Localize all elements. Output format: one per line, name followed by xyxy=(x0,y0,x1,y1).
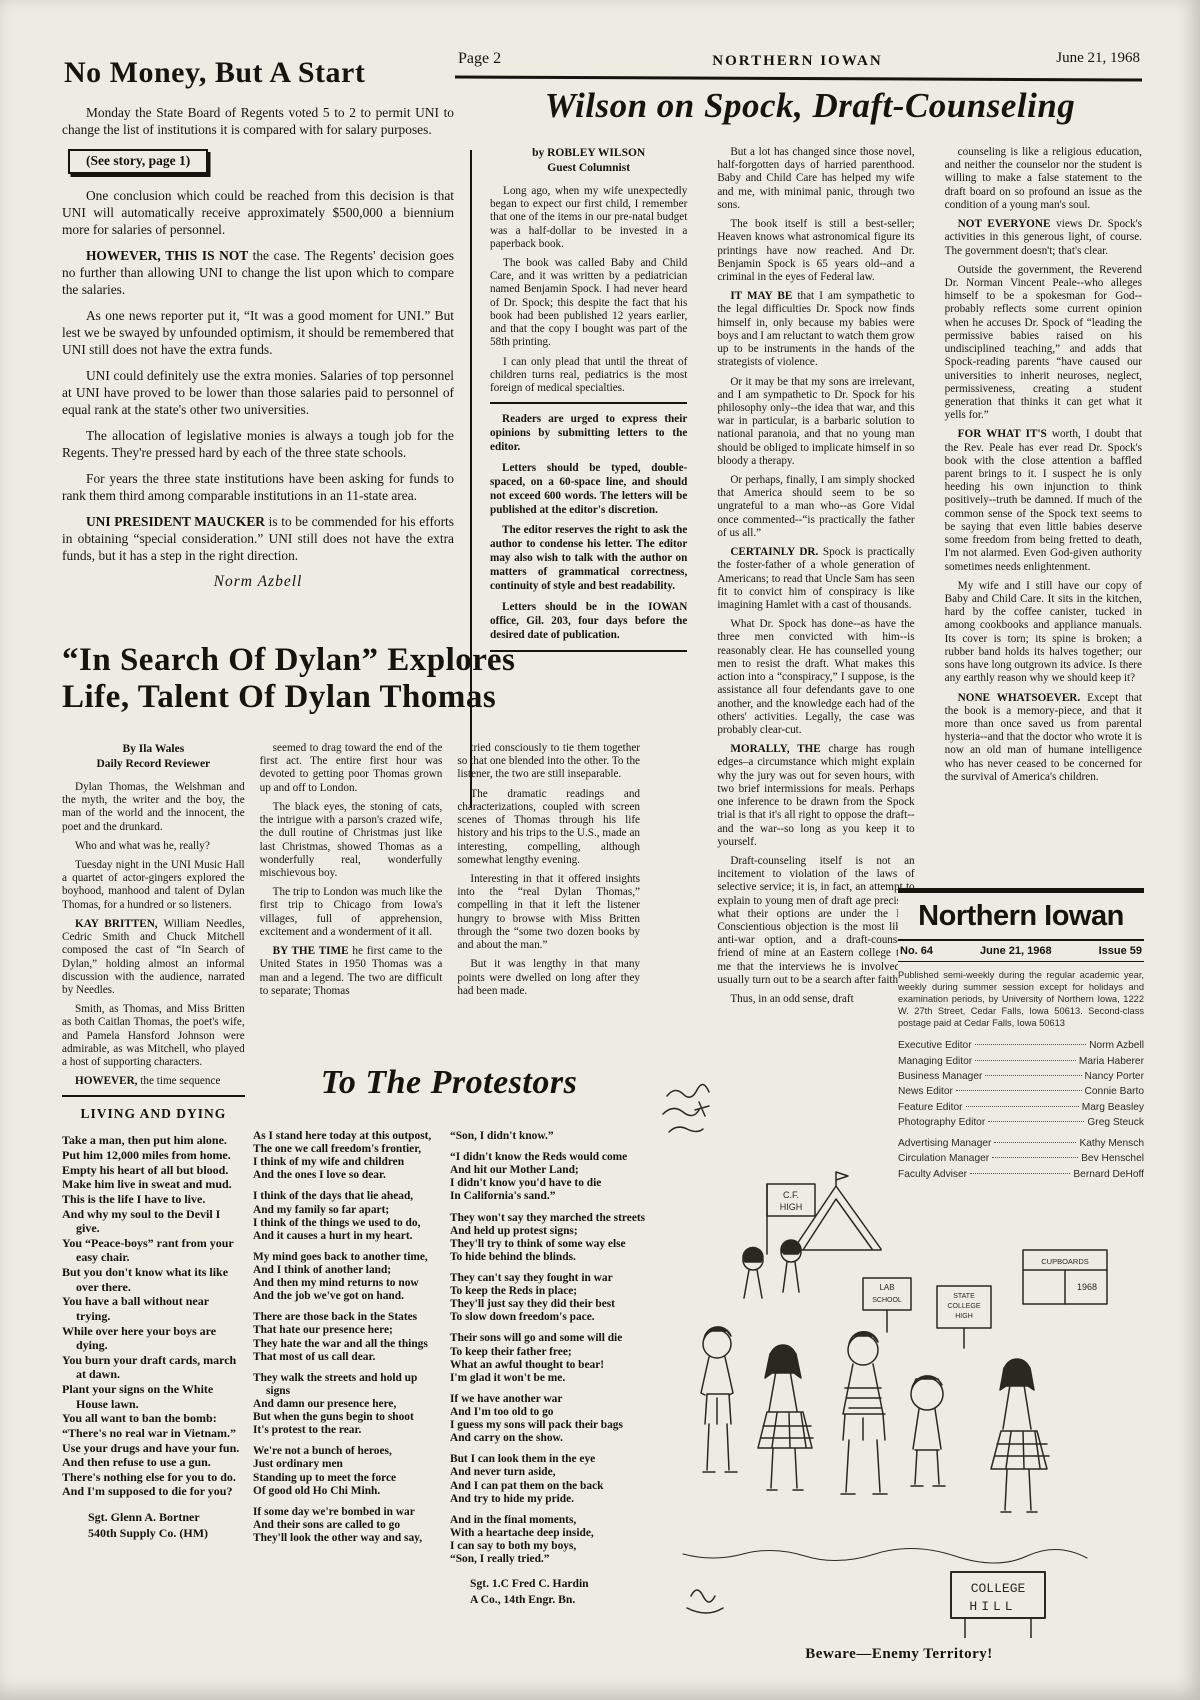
poem-line: But I can look them in the eye xyxy=(450,1453,646,1466)
editorial-paragraph: For years the three state institutions h… xyxy=(62,470,454,504)
wilson-col2-paragraphs: But a lot has changed since those novel,… xyxy=(717,146,914,1006)
poem-line: And it causes a hurt in my heart. xyxy=(253,1230,441,1243)
staff-role: Photography Editor xyxy=(898,1115,985,1130)
staff-row: Managing Editor Maria Haberer xyxy=(898,1054,1144,1069)
poem-stanza: But I can look them in the eyeAnd never … xyxy=(450,1453,646,1505)
state-college-line1: STATE xyxy=(953,1293,975,1300)
poem-line: They can't say they fought in war xyxy=(450,1272,646,1285)
poem-line: You burn your draft cards, march at dawn… xyxy=(62,1353,245,1382)
paragraph-lead: CERTAINLY DR. xyxy=(730,546,823,558)
poem-line: Use your drugs and have your fun. xyxy=(62,1441,245,1456)
paragraph-text: The allocation of legislative monies is … xyxy=(62,428,454,460)
poem-stanza: I think of the days that lie ahead,And m… xyxy=(253,1190,441,1242)
poem-line: And held up protest signs; xyxy=(450,1225,646,1238)
protestors-column-1: As I stand here today at this outpost,Th… xyxy=(253,1130,441,1553)
article-paragraph: The trip to London was much like the fir… xyxy=(260,886,443,939)
dotted-leader xyxy=(992,1157,1078,1158)
article-paragraph: Or perhaps, finally, I am simply shocked… xyxy=(717,474,914,540)
staff-role: Business Manager xyxy=(898,1069,982,1084)
poem-stanza: My mind goes back to another time,And I … xyxy=(253,1251,441,1303)
dylan-byline-role: Daily Record Reviewer xyxy=(62,757,245,772)
paragraph-text: For years the three state institutions h… xyxy=(62,471,454,503)
poem-line: And why my soul to the Devil I give. xyxy=(62,1207,245,1236)
header-rule xyxy=(455,76,1142,82)
paragraph-text: I can only plead that until the threat o… xyxy=(490,356,687,394)
see-story-box: (See story, page 1) xyxy=(68,149,208,174)
article-paragraph: tried consciously to tie them together s… xyxy=(457,742,640,782)
article-paragraph: Who and what was he, really? xyxy=(62,840,245,853)
masthead-issue-row: No. 64 June 21, 1968 Issue 59 xyxy=(898,939,1144,962)
poem-line: To slow down freedom's pace. xyxy=(450,1311,646,1324)
poem-stanza: They walk the streets and hold up signsA… xyxy=(253,1372,441,1438)
paragraph-lead: HOWEVER, xyxy=(75,1075,140,1087)
article-paragraph: NOT EVERYONE views Dr. Spock's activitie… xyxy=(945,218,1142,258)
editorial-paragraph: One conclusion which could be reached fr… xyxy=(62,187,454,238)
letters-policy-paragraph: The editor reserves the right to ask the… xyxy=(490,524,687,593)
poem-line: And damn our presence here, xyxy=(253,1398,441,1411)
poem-line: To keep their father free; xyxy=(450,1346,646,1359)
protestors-signature-unit: A Co., 14th Engr. Bn. xyxy=(470,1592,646,1608)
editorial-paragraph: HOWEVER, THIS IS NOT the case. The Regen… xyxy=(62,247,454,298)
article-paragraph: HOWEVER, the time sequence xyxy=(62,1075,245,1088)
poem-line: I think of the things we used to do, xyxy=(253,1217,441,1230)
paragraph-text: Draft-counseling itself is not an incite… xyxy=(717,855,914,986)
poem-line: And then refuse to use a gun. xyxy=(62,1455,245,1470)
poem-line: If we have another war xyxy=(450,1393,646,1406)
letters-policy-paragraph: Letters should be typed, double-spaced, … xyxy=(490,462,687,518)
living-and-dying-poem: Take a man, then put him alone.Put him 1… xyxy=(62,1133,245,1499)
poem-line: And hit our Mother Land; xyxy=(450,1164,646,1177)
protestors-signature-name: Sgt. 1.C Fred C. Hardin xyxy=(470,1576,646,1592)
wilson-headline: Wilson on Spock, Draft-Counseling xyxy=(478,86,1142,126)
staff-row: Faculty Adviser Bernard DeHoff xyxy=(898,1167,1144,1182)
article-paragraph: The book itself is still a best-seller; … xyxy=(717,218,914,284)
protestors-signature: Sgt. 1.C Fred C. Hardin A Co., 14th Engr… xyxy=(450,1576,646,1607)
paragraph-text: seemed to drag toward the end of the fir… xyxy=(260,742,443,794)
paragraph-lead: KAY BRITTEN, xyxy=(75,918,164,930)
masthead-issue: Issue 59 xyxy=(1099,945,1142,957)
letters-policy-box: Readers are urged to express their opini… xyxy=(490,413,687,642)
article-paragraph: KAY BRITTEN, William Needles, Cedric Smi… xyxy=(62,918,245,997)
editorial-paragraph: UNI could definitely use the extra monie… xyxy=(62,367,454,418)
poem-line: “I didn't know the Reds would come xyxy=(450,1151,646,1164)
poem-line: And the ones I love so dear. xyxy=(253,1169,441,1182)
article-paragraph: Smith, as Thomas, and Miss Britten as bo… xyxy=(62,1003,245,1069)
poem-line: You “Peace-boys” rant from your easy cha… xyxy=(62,1236,245,1265)
paragraph-lead: MORALLY, THE xyxy=(730,743,828,755)
paragraph-text: The black eyes, the stoning of cats, the… xyxy=(260,801,443,879)
editorial-signature: Norm Azbell xyxy=(62,573,454,591)
college-hill-line2: HILL xyxy=(969,1599,1016,1614)
staff-name: Nancy Porter xyxy=(1085,1069,1144,1084)
state-college-line3: HIGH xyxy=(955,1313,973,1320)
staff-name: Kathy Mensch xyxy=(1079,1136,1144,1151)
poem-stanza: They won't say they marched the streetsA… xyxy=(450,1212,646,1264)
wilson-column-3: counseling is like a religious education… xyxy=(945,146,1142,1012)
masthead-staff-list: Executive Editor Norm Azbell Managing Ed… xyxy=(898,1038,1144,1182)
poem-signature-name: Sgt. Glenn A. Bortner xyxy=(88,1509,245,1525)
state-college-line2: COLLEGE xyxy=(947,1303,980,1310)
wilson-col3-paragraphs: counseling is like a religious education… xyxy=(945,146,1142,784)
poem-line: And in the final moments, xyxy=(450,1514,646,1527)
poem-line: With a heartache deep inside, xyxy=(450,1527,646,1540)
article-paragraph: The black eyes, the stoning of cats, the… xyxy=(260,801,443,880)
paragraph-lead: BY THE TIME xyxy=(273,945,353,957)
cf-high-sign-line2: HIGH xyxy=(780,1202,803,1212)
paragraph-text: Except that the book is a memory-piece, … xyxy=(945,692,1142,783)
poem-line: Empty his heart of all but blood. xyxy=(62,1163,245,1178)
poem-line: They won't say they marched the streets xyxy=(450,1212,646,1225)
dotted-leader xyxy=(970,1173,1070,1174)
poem-line: They'll try to think of some way else xyxy=(450,1238,646,1251)
wilson-byline-block: by ROBLEY WILSON Guest Columnist xyxy=(490,146,687,176)
staff-role: Feature Editor xyxy=(898,1100,963,1115)
cupboards-line1: CUPBOARDS xyxy=(1041,1257,1089,1266)
dylan-col1-paragraphs: Dylan Thomas, the Welshman and the myth,… xyxy=(62,781,245,1089)
poem-line: If some day we're bombed in war xyxy=(253,1506,441,1519)
college-hill-line1: COLLEGE xyxy=(971,1581,1026,1596)
poem-line: And my family so far apart; xyxy=(253,1204,441,1217)
poem-line: But you don't know what its like over th… xyxy=(62,1265,245,1294)
article-paragraph: But a lot has changed since those novel,… xyxy=(717,146,914,212)
dotted-leader xyxy=(975,1044,1086,1045)
letters-policy-paragraph: Letters should be in the IOWAN office, G… xyxy=(490,601,687,643)
poem-stanza: If some day we're bombed in warAnd their… xyxy=(253,1506,441,1545)
poem-line: Make him live in sweat and mud. xyxy=(62,1177,245,1192)
staff-name: Bev Henschel xyxy=(1081,1151,1144,1166)
paragraph-text: worth, I doubt that the Rev. Peale has e… xyxy=(945,428,1142,572)
poem-line: It's protest to the rear. xyxy=(253,1424,441,1437)
dylan-col3-paragraphs: tried consciously to tie them together s… xyxy=(457,742,640,998)
poem-title: LIVING AND DYING xyxy=(62,1106,245,1122)
staff-name: Bernard DeHoff xyxy=(1073,1167,1144,1182)
poem-stanza: If we have another warAnd I'm too old to… xyxy=(450,1393,646,1445)
poem-line: And carry on the show. xyxy=(450,1432,646,1445)
poem-line: And I'm supposed to die for you? xyxy=(62,1484,245,1499)
article-paragraph: Interesting in that it offered insights … xyxy=(457,873,640,952)
dylan-column-1: By Ila Wales Daily Record Reviewer Dylan… xyxy=(62,742,245,1541)
masthead-title: Northern Iowan xyxy=(898,900,1144,933)
article-paragraph: The book was called Baby and Child Care,… xyxy=(490,257,687,350)
masthead-box: Northern Iowan No. 64 June 21, 1968 Issu… xyxy=(898,888,1144,1182)
poem-line: Put him 12,000 miles from home. xyxy=(62,1148,245,1163)
paragraph-text: Monday the State Board of Regents voted … xyxy=(62,105,454,137)
paragraph-text: counseling is like a religious education… xyxy=(945,146,1142,211)
article-paragraph: IT MAY BE that I am sympathetic to the l… xyxy=(717,290,914,369)
poem-line: And I'm too old to go xyxy=(450,1406,646,1419)
article-paragraph: I can only plead that until the threat o… xyxy=(490,356,687,396)
article-paragraph: seemed to drag toward the end of the fir… xyxy=(260,742,443,795)
poem-stanza: We're not a bunch of heroes,Just ordinar… xyxy=(253,1445,441,1497)
staff-name: Greg Steuck xyxy=(1087,1115,1144,1130)
poem-line: While over here your boys are dying. xyxy=(62,1324,245,1353)
staff-role: Executive Editor xyxy=(898,1038,972,1053)
poem-line: That most of us call dear. xyxy=(253,1351,441,1364)
paragraph-text: Dylan Thomas, the Welshman and the myth,… xyxy=(62,781,245,833)
poem-signature: Sgt. Glenn A. Bortner 540th Supply Co. (… xyxy=(62,1509,245,1541)
paragraph-text: But a lot has changed since those novel,… xyxy=(717,146,914,211)
article-paragraph: FOR WHAT IT'S worth, I doubt that the Re… xyxy=(945,428,1142,573)
poem-line: And I think of another land; xyxy=(253,1264,441,1277)
protestors-column-2: “Son, I didn't know.” “I didn't know the… xyxy=(450,1130,646,1607)
poem-stanza: As I stand here today at this outpost,Th… xyxy=(253,1130,441,1182)
poem-line: Plant your signs on the White House lawn… xyxy=(62,1382,245,1411)
poem-stanza: And in the final moments,With a heartach… xyxy=(450,1514,646,1566)
paragraph-text: Thus, in an odd sense, draft xyxy=(730,993,853,1005)
scribble-handwriting xyxy=(663,1084,709,1132)
paragraph-text: One conclusion which could be reached fr… xyxy=(62,188,454,237)
poem-line: That hate our presence here; xyxy=(253,1324,441,1337)
paragraph-text: The book itself is still a best-seller; … xyxy=(717,218,914,283)
staff-role: Faculty Adviser xyxy=(898,1167,967,1182)
staff-role: Advertising Manager xyxy=(898,1136,991,1151)
cf-high-sign-line1: C.F. xyxy=(783,1190,799,1200)
paragraph-text: charge has rough edges–a circumstance wh… xyxy=(717,743,914,848)
masthead-publication-info: Published semi-weekly during the regular… xyxy=(898,969,1144,1029)
poem-signature-unit: 540th Supply Co. (HM) xyxy=(88,1525,245,1541)
editorial-intro-paragraph: Monday the State Board of Regents voted … xyxy=(62,104,454,138)
article-paragraph: CERTAINLY DR. Spock is practically the f… xyxy=(717,546,914,612)
letters-box-top-rule xyxy=(490,402,687,404)
paragraph-text: Or perhaps, finally, I am simply shocked… xyxy=(717,474,914,539)
poem-stanza: “Son, I didn't know.” xyxy=(450,1130,646,1143)
editorial-paragraph: UNI PRESIDENT MAUCKER is to be commended… xyxy=(62,513,454,564)
masthead-top-rule xyxy=(898,888,1144,893)
poem-line: They'll look the other way and say, xyxy=(253,1532,441,1545)
paragraph-text: My wife and I still have our copy of Bab… xyxy=(945,580,1142,685)
dylan-byline: By Ila Wales xyxy=(62,742,245,757)
poem-stanza: There are those back in the StatesThat h… xyxy=(253,1311,441,1363)
paragraph-lead: IT MAY BE xyxy=(730,290,797,302)
paragraph-text: the time sequence xyxy=(140,1075,220,1087)
paragraph-text: But it was lengthy in that many points w… xyxy=(457,958,640,996)
poem-line: I think of the days that lie ahead, xyxy=(253,1190,441,1203)
poem-line: And the job we've got on hand. xyxy=(253,1290,441,1303)
staff-name: Marg Beasley xyxy=(1082,1100,1144,1115)
poem-line: The one we call freedom's frontier, xyxy=(253,1143,441,1156)
article-paragraph: counseling is like a religious education… xyxy=(945,146,1142,212)
issue-date-header: June 21, 1968 xyxy=(455,50,1140,67)
protestors-col2-stanzas: “Son, I didn't know.” “I didn't know the… xyxy=(450,1130,646,1566)
article-paragraph: MORALLY, THE charge has rough edges–a ci… xyxy=(717,743,914,849)
editorial-paragraphs: One conclusion which could be reached fr… xyxy=(62,187,454,564)
staff-row: Photography Editor Greg Steuck xyxy=(898,1115,1144,1130)
poem-line: As I stand here today at this outpost, xyxy=(253,1130,441,1143)
staff-row: Circulation Manager Bev Henschel xyxy=(898,1151,1144,1166)
artist-signature-squiggle xyxy=(687,1590,723,1613)
staff-row: News Editor Connie Barto xyxy=(898,1084,1144,1099)
wilson-byline: by ROBLEY WILSON xyxy=(490,146,687,161)
poem-line: But when the guns begin to shoot xyxy=(253,1411,441,1424)
cupboards-line2: 1968 xyxy=(1077,1282,1097,1292)
poem-line: They walk the streets and hold up signs xyxy=(253,1372,441,1398)
paragraph-text: Who and what was he, really? xyxy=(75,840,210,852)
paragraph-text: The book was called Baby and Child Care,… xyxy=(490,257,687,348)
poem-line: “There's no real war in Vietnam.” xyxy=(62,1426,245,1441)
poem-line: And I can pat them on the back xyxy=(450,1480,646,1493)
protestors-headline: To The Protestors xyxy=(253,1064,645,1102)
poem-line: My mind goes back to another time, xyxy=(253,1251,441,1264)
wilson-column-2: But a lot has changed since those novel,… xyxy=(717,146,914,1012)
paragraph-text: UNI could definitely use the extra monie… xyxy=(62,368,454,417)
newspaper-page: Page 2 NORTHERN IOWAN June 21, 1968 No M… xyxy=(0,0,1200,1700)
poem-line: Their sons will go and some will die xyxy=(450,1332,646,1345)
poem-line: To hide behind the blinds. xyxy=(450,1251,646,1264)
dylan-headline-line2: Life, Talent Of Dylan Thomas xyxy=(62,679,662,716)
paragraph-text: As one news reporter put it, “It was a g… xyxy=(62,308,454,357)
poem-line: To keep the Reds in place; xyxy=(450,1285,646,1298)
poem-line: “Son, I didn't know.” xyxy=(450,1130,646,1143)
paragraph-text: Smith, as Thomas, and Miss Britten as bo… xyxy=(62,1003,245,1068)
poem-line: In California's sand.” xyxy=(450,1190,646,1203)
dylan-headline: “In Search Of Dylan” Explores Life, Tale… xyxy=(62,642,662,716)
dotted-leader xyxy=(975,1060,1076,1061)
poem-line: They hate the war and all the things xyxy=(253,1338,441,1351)
article-paragraph: Draft-counseling itself is not an incite… xyxy=(717,855,914,987)
paragraph-lead: NOT EVERYONE xyxy=(958,218,1056,230)
editorial-headline: No Money, But A Start xyxy=(64,56,454,90)
poem-line: Take a man, then put him alone. xyxy=(62,1133,245,1148)
paragraph-text: The dramatic readings and characterizati… xyxy=(457,788,640,866)
article-paragraph: My wife and I still have our copy of Bab… xyxy=(945,580,1142,686)
paragraph-text: What Dr. Spock has done--as have the thr… xyxy=(717,618,914,736)
poem-line: There are those back in the States xyxy=(253,1311,441,1324)
paragraph-text: Or it may be that my sons are irrelevant… xyxy=(717,376,914,467)
paragraph-lead: FOR WHAT IT'S xyxy=(958,428,1052,440)
staff-name: Connie Barto xyxy=(1085,1084,1144,1099)
poem-line: And their sons are called to go xyxy=(253,1519,441,1532)
staff-row: Feature Editor Marg Beasley xyxy=(898,1100,1144,1115)
staff-row: Advertising Manager Kathy Mensch xyxy=(898,1136,1144,1151)
staff-role: Managing Editor xyxy=(898,1054,972,1069)
editorial-paragraph: The allocation of legislative monies is … xyxy=(62,427,454,461)
wilson-byline-role: Guest Columnist xyxy=(490,161,687,176)
poem-line: This is the life I have to live. xyxy=(62,1192,245,1207)
letters-policy-paragraph: Readers are urged to express their opini… xyxy=(490,413,687,455)
paragraph-text: Tuesday night in the UNI Music Hall a qu… xyxy=(62,859,245,911)
illustration-caption: Beware—Enemy Territory! xyxy=(655,1646,1143,1663)
paragraph-text: Interesting in that it offered insights … xyxy=(457,873,640,951)
poem-stanza: “I didn't know the Reds would comeAnd hi… xyxy=(450,1151,646,1203)
poem-line: They'll just say they did their best xyxy=(450,1298,646,1311)
poem-line: You all want to ban the bomb: xyxy=(62,1411,245,1426)
poem-line: There's nothing else for you to do. xyxy=(62,1470,245,1485)
poem-line: Of good old Ho Chi Minh. xyxy=(253,1485,441,1498)
dotted-leader xyxy=(988,1121,1084,1122)
poem-line: I'm glad it won't be me. xyxy=(450,1372,646,1385)
article-paragraph: Outside the government, the Reverend Dr.… xyxy=(945,264,1142,423)
paragraph-text: The trip to London was much like the fir… xyxy=(260,886,443,938)
poem-line: What an awful thought to bear! xyxy=(450,1359,646,1372)
masthead-date: June 21, 1968 xyxy=(980,945,1052,957)
article-paragraph: Long ago, when my wife unexpectedly bega… xyxy=(490,185,687,251)
poem-line: Standing up to meet the force xyxy=(253,1472,441,1485)
poem-top-rule xyxy=(62,1095,245,1097)
staff-row: Executive Editor Norm Azbell xyxy=(898,1038,1144,1053)
poem-line: And never turn aside, xyxy=(450,1466,646,1479)
staff-name: Maria Haberer xyxy=(1079,1054,1144,1069)
staff-role: News Editor xyxy=(898,1084,953,1099)
poem-line: I think of my wife and children xyxy=(253,1156,441,1169)
article-paragraph: The dramatic readings and characterizati… xyxy=(457,788,640,867)
article-paragraph: Or it may be that my sons are irrelevant… xyxy=(717,376,914,469)
poem-line: I didn't know you'd have to die xyxy=(450,1177,646,1190)
dotted-leader xyxy=(956,1090,1082,1091)
poem-line: And try to hide my pride. xyxy=(450,1493,646,1506)
poem-line: And then my mind returns to now xyxy=(253,1277,441,1290)
staff-role: Circulation Manager xyxy=(898,1151,989,1166)
editorial-paragraph: As one news reporter put it, “It was a g… xyxy=(62,307,454,358)
article-paragraph: NONE WHATSOEVER. Except that the book is… xyxy=(945,692,1142,785)
poem-stanza: Their sons will go and some will dieTo k… xyxy=(450,1332,646,1384)
paragraph-lead: HOWEVER, THIS IS NOT xyxy=(86,248,253,263)
staff-name: Norm Azbell xyxy=(1089,1038,1144,1053)
poem-stanza: They can't say they fought in warTo keep… xyxy=(450,1272,646,1324)
dylan-headline-line1: “In Search Of Dylan” Explores xyxy=(62,642,662,679)
article-paragraph: Tuesday night in the UNI Music Hall a qu… xyxy=(62,859,245,912)
poem-line: I can say to both my boys, xyxy=(450,1540,646,1553)
paragraph-text: Outside the government, the Reverend Dr.… xyxy=(945,264,1142,421)
article-paragraph: But it was lengthy in that many points w… xyxy=(457,958,640,998)
poem-line: Just ordinary men xyxy=(253,1458,441,1471)
poem-line: “Son, I really tried.” xyxy=(450,1553,646,1566)
dylan-byline-block: By Ila Wales Daily Record Reviewer xyxy=(62,742,245,772)
dotted-leader xyxy=(994,1142,1076,1143)
article-paragraph: Thus, in an odd sense, draft xyxy=(717,993,914,1006)
wilson-col1-paragraphs: Long ago, when my wife unexpectedly bega… xyxy=(490,185,687,395)
dotted-leader xyxy=(966,1106,1079,1107)
dylan-col2-paragraphs: seemed to drag toward the end of the fir… xyxy=(260,742,443,998)
paragraph-lead: NONE WHATSOEVER. xyxy=(958,692,1088,704)
lab-school-line1: LAB xyxy=(879,1283,894,1292)
article-paragraph: What Dr. Spock has done--as have the thr… xyxy=(717,618,914,737)
poem-line: I guess my sons will pack their bags xyxy=(450,1419,646,1432)
article-paragraph: Dylan Thomas, the Welshman and the myth,… xyxy=(62,781,245,834)
paragraph-text: Long ago, when my wife unexpectedly bega… xyxy=(490,185,687,250)
editorial-article: No Money, But A Start Monday the State B… xyxy=(62,56,454,591)
lab-school-line2: SCHOOL xyxy=(872,1297,902,1304)
paragraph-text: tried consciously to tie them together s… xyxy=(457,742,640,780)
paragraph-lead: UNI PRESIDENT MAUCKER xyxy=(86,514,269,529)
masthead-number: No. 64 xyxy=(900,945,933,957)
article-paragraph: BY THE TIME he first came to the United … xyxy=(260,945,443,998)
dotted-leader xyxy=(985,1075,1081,1076)
poem-line: We're not a bunch of heroes, xyxy=(253,1445,441,1458)
poem-line: You have a ball without near trying. xyxy=(62,1294,245,1323)
staff-row: Business Manager Nancy Porter xyxy=(898,1069,1144,1084)
